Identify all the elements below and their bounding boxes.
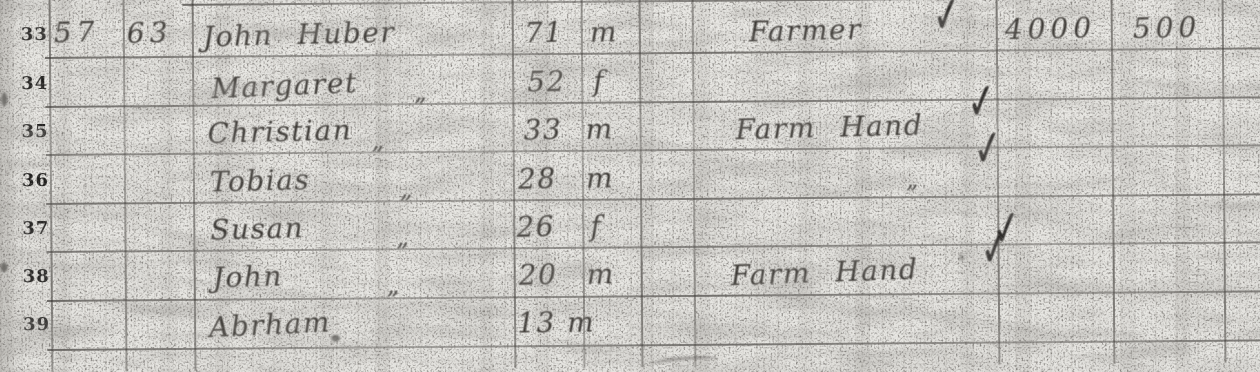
name-cell: Abrham bbox=[208, 305, 331, 345]
age-cell: 33 bbox=[523, 113, 562, 148]
table-row: 36 Tobias „ 28 M „ ✓ bbox=[0, 156, 1260, 212]
family-number-cell: 63 bbox=[126, 16, 172, 51]
sex-cell: M bbox=[585, 112, 614, 147]
name-cell: Susan bbox=[210, 211, 305, 247]
table-row: 37 Susan „ 26 F ✓ bbox=[0, 204, 1260, 260]
tally-check-mark: ✓ bbox=[978, 218, 1011, 280]
age-cell: 26 bbox=[516, 210, 555, 245]
line-number: 34 bbox=[21, 73, 48, 95]
occupation-ditto-mark: „ bbox=[906, 165, 919, 193]
table-row: 33 57 63 John Huber 71 M Farmer ✓ 4000 5… bbox=[0, 10, 1259, 66]
name-ditto-mark: „ bbox=[414, 78, 427, 106]
name-cell: John Huber bbox=[202, 16, 395, 55]
sex-cell: M bbox=[589, 15, 618, 50]
line-number: 35 bbox=[21, 121, 48, 143]
real-estate-value-cell: 4000 bbox=[1004, 11, 1096, 47]
ink-blot bbox=[331, 335, 340, 342]
sex-cell: M bbox=[586, 257, 615, 292]
sex-cell: M bbox=[567, 305, 596, 340]
name-ditto-mark: „ bbox=[372, 126, 385, 154]
ink-blot bbox=[959, 255, 965, 261]
age-cell: 20 bbox=[518, 258, 557, 293]
row-rule bbox=[183, 0, 1260, 6]
line-number: 33 bbox=[21, 24, 48, 46]
line-number: 36 bbox=[22, 170, 49, 192]
occupation-cell: Farm Hand bbox=[730, 252, 919, 293]
census-scan-page: 33 57 63 John Huber 71 M Farmer ✓ 4000 5… bbox=[0, 0, 1260, 372]
name-ditto-mark: „ bbox=[396, 223, 409, 251]
line-number: 39 bbox=[23, 314, 50, 336]
age-cell: 52 bbox=[527, 65, 566, 100]
sex-cell: F bbox=[593, 64, 606, 98]
ink-blot bbox=[1, 262, 8, 272]
name-cell: Margaret bbox=[211, 66, 359, 106]
name-ditto-mark: „ bbox=[400, 175, 413, 203]
sex-cell: F bbox=[590, 209, 603, 243]
sex-cell: M bbox=[586, 161, 615, 196]
table-row: 39 Abrham 13 M bbox=[1, 300, 1260, 356]
scanned-table: 33 57 63 John Huber 71 M Farmer ✓ 4000 5… bbox=[0, 0, 1260, 372]
name-ditto-mark: „ bbox=[387, 271, 400, 299]
age-cell: 71 bbox=[524, 16, 563, 51]
name-cell: Christian bbox=[207, 113, 352, 151]
tally-check-mark: ✓ bbox=[971, 118, 1004, 180]
table-row: 35 Christian „ 33 M Farm Hand ✓ bbox=[0, 107, 1260, 163]
age-cell: 28 bbox=[518, 162, 557, 197]
age-cell: 13 bbox=[517, 306, 556, 341]
table-row: 38 John „ 20 M Farm Hand ✓ bbox=[1, 252, 1260, 308]
line-number: 37 bbox=[22, 218, 49, 240]
tally-check-mark: ✓ bbox=[930, 0, 963, 47]
ink-blot bbox=[1, 92, 7, 106]
dwelling-number-cell: 57 bbox=[53, 15, 99, 50]
occupation-cell: Farmer bbox=[748, 13, 862, 50]
occupation-cell: Farm Hand bbox=[735, 108, 923, 147]
name-cell: Tobias bbox=[210, 163, 311, 200]
name-cell: John bbox=[212, 259, 283, 295]
line-number: 38 bbox=[23, 266, 50, 288]
personal-estate-value-cell: 500 bbox=[1132, 10, 1201, 46]
table-row: 34 Margaret „ 52 F bbox=[0, 59, 1259, 115]
partial-next-row-ink bbox=[649, 354, 720, 370]
